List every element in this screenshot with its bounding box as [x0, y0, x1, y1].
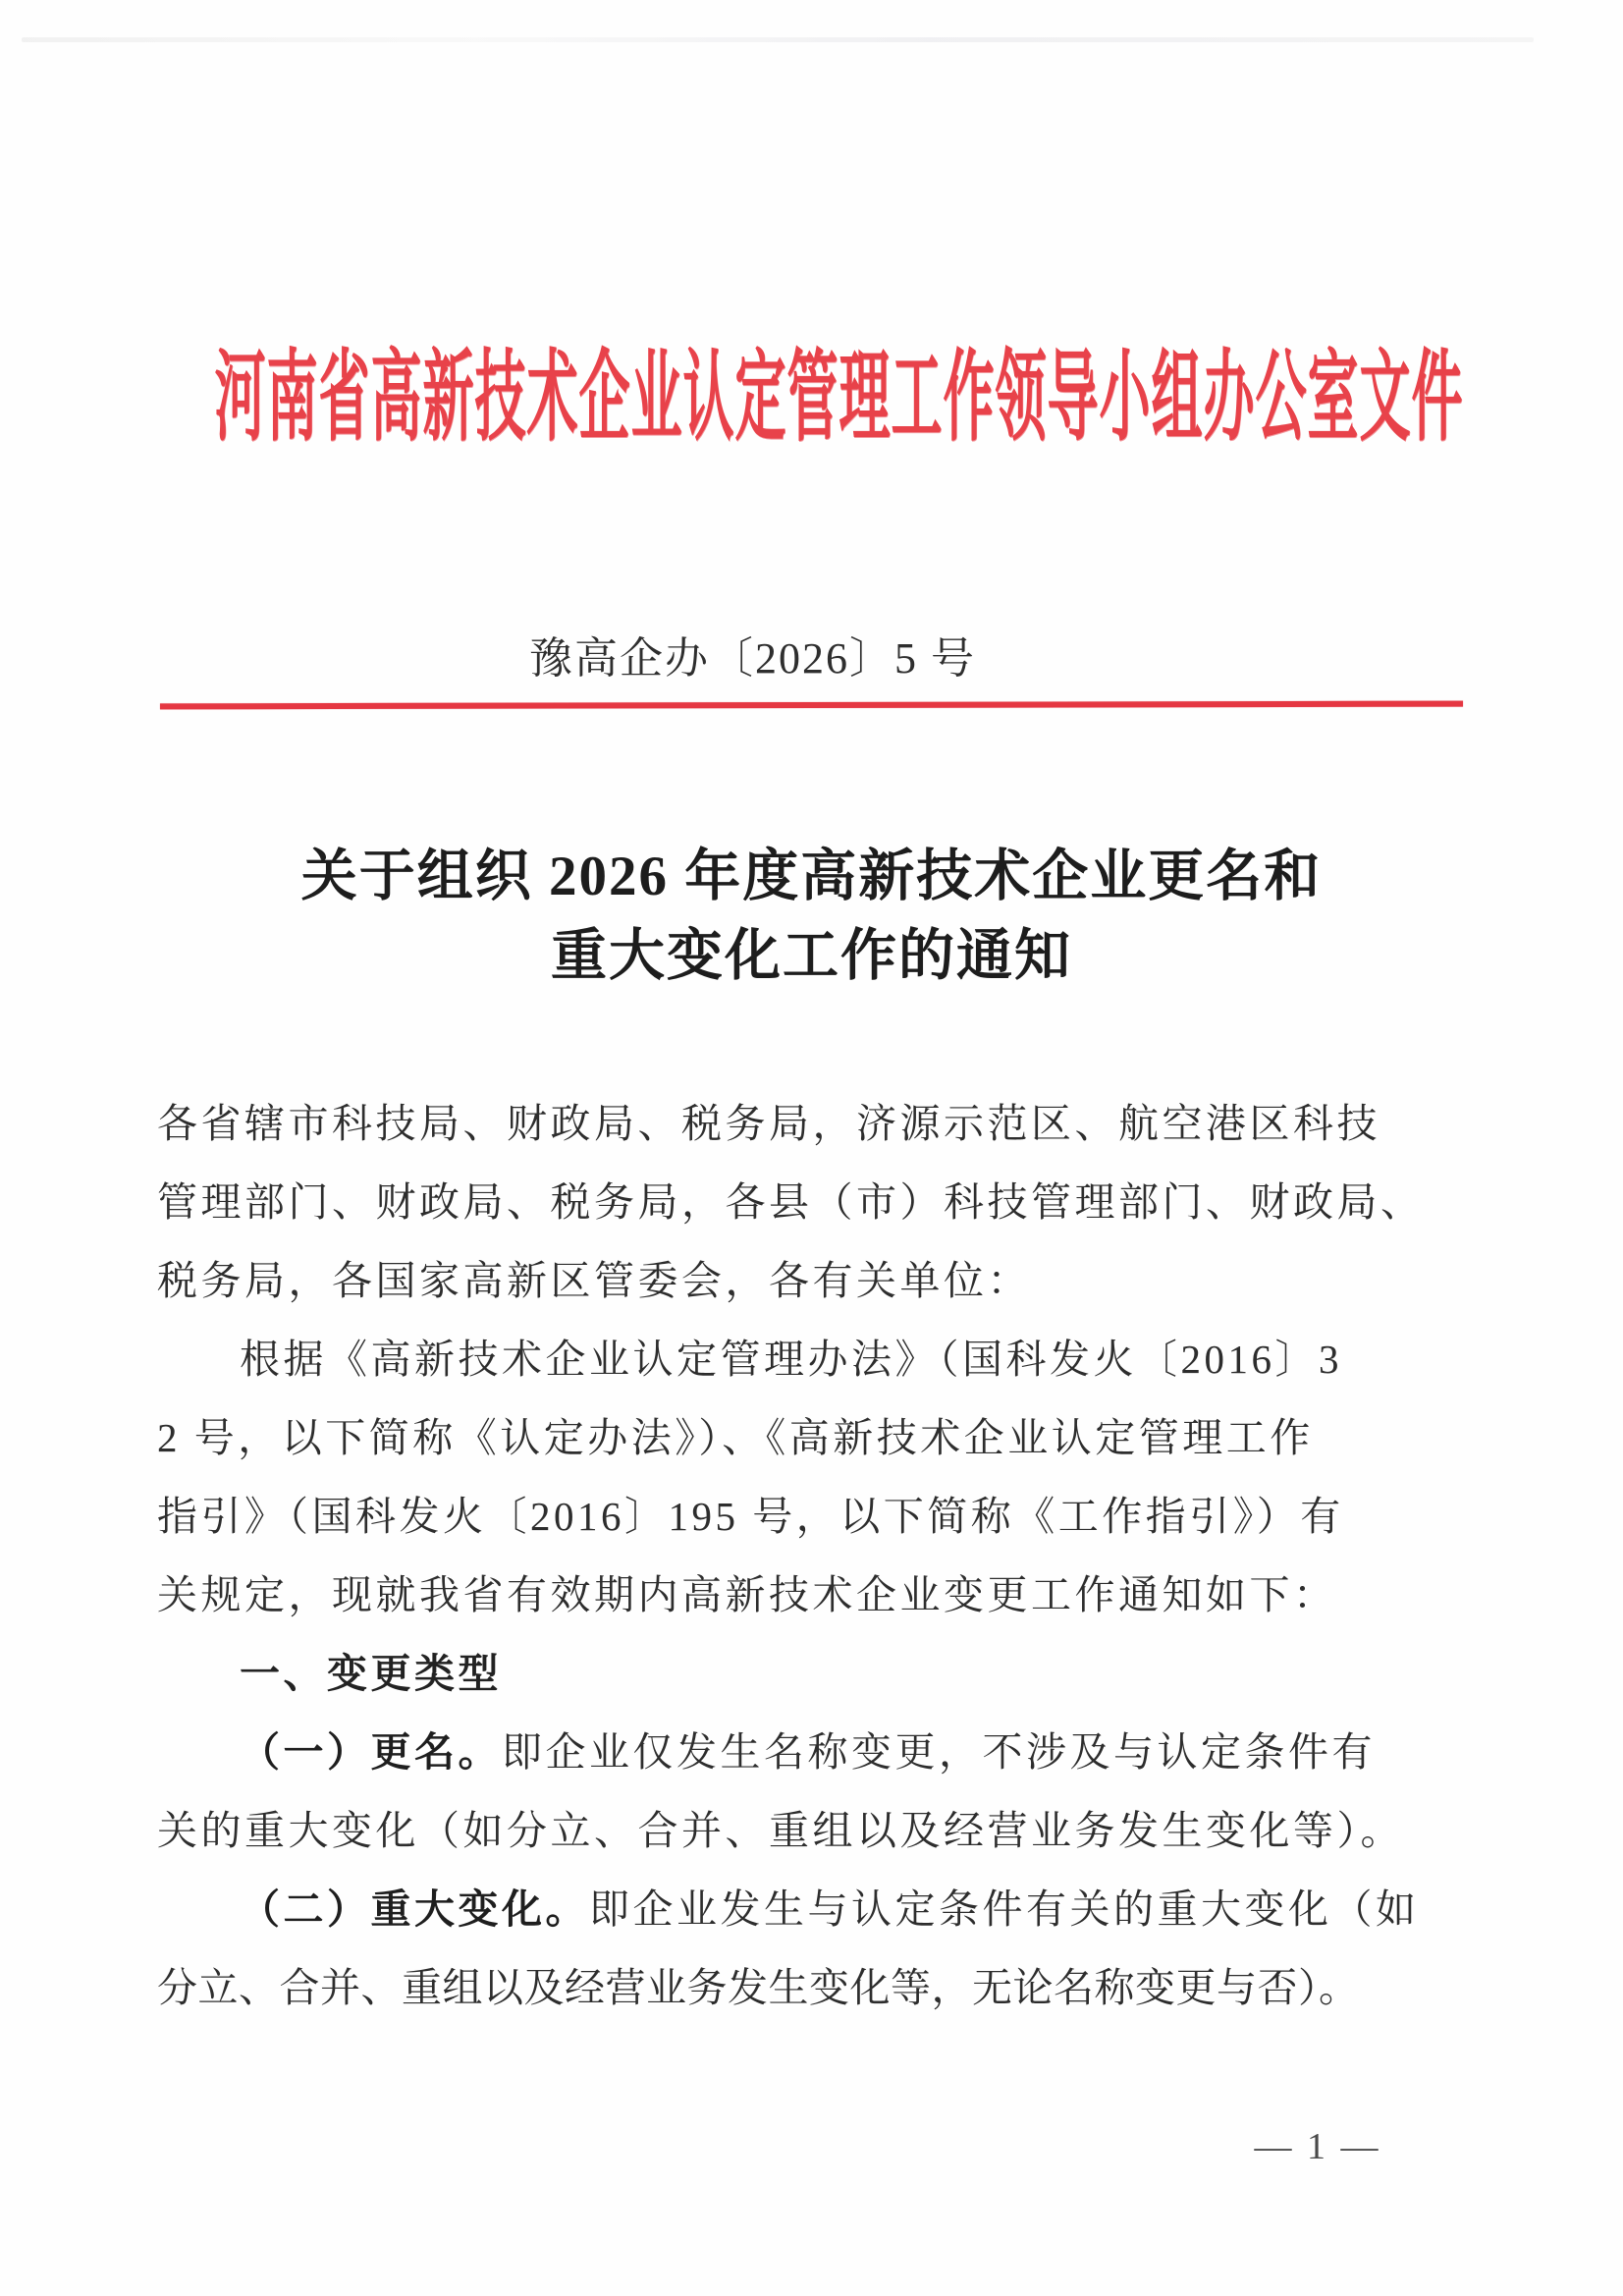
document-number-text: 豫高企办〔2026〕5 号 — [529, 623, 976, 685]
red-header-banner-text: 河南省高新技术企业认定管理工作领导小组办公室文件 — [214, 316, 1463, 460]
body-line-recipients-3: 税务局，各国家高新区管委会，各有关单位： — [157, 1241, 1469, 1320]
body-line-basis-3: 指引》（国科发火〔2016〕195 号，以下简称《工作指引》）有 — [157, 1477, 1469, 1556]
body-line-basis-1: 根据《高新技术企业认定管理办法》（国科发火〔2016〕3 — [157, 1320, 1469, 1398]
clause-text-major-change: 即企业发生与认定条件有关的重大变化（如 — [589, 1886, 1420, 1932]
body-line-rename-1: （一）更名。即企业仅发生名称变更，不涉及与认定条件有 — [157, 1713, 1469, 1791]
body-line-major-change-2: 分立、合并、重组以及经营业务发生变化等，无论名称变更与否）。 — [157, 1948, 1469, 2027]
clause-text-rename: 即企业仅发生名称变更，不涉及与认定条件有 — [502, 1729, 1376, 1775]
body-line-basis-4: 关规定，现就我省有效期内高新技术企业变更工作通知如下： — [157, 1556, 1469, 1634]
document-page: 河南省高新技术企业认定管理工作领导小组办公室文件 豫高企办〔2026〕5 号 关… — [0, 0, 1623, 2296]
body-line-recipients-2: 管理部门、财政局、税务局，各县（市）科技管理部门、财政局、 — [157, 1163, 1469, 1241]
document-title: 关于组织 2026 年度高新技术企业更名和 重大变化工作的通知 — [0, 837, 1623, 996]
body-line-rename-2: 关的重大变化（如分立、合并、重组以及经营业务发生变化等）。 — [157, 1791, 1469, 1870]
clause-label-major-change: （二）重大变化。 — [240, 1886, 589, 1932]
body-line-basis-2: 2 号，以下简称《认定办法》）、《高新技术企业认定管理工作 — [157, 1398, 1469, 1477]
clause-label-rename: （一）更名。 — [240, 1729, 502, 1775]
section-heading-change-types: 一、变更类型 — [157, 1634, 1469, 1713]
page-number: — 1 — — [1239, 2125, 1396, 2168]
red-divider-rule — [160, 701, 1463, 710]
red-header-banner: 河南省高新技术企业认定管理工作领导小组办公室文件 — [0, 316, 1623, 424]
body-line-recipients-1: 各省辖市科技局、财政局、税务局，济源示范区、航空港区科技 — [157, 1084, 1469, 1163]
body-line-major-change-1: （二）重大变化。即企业发生与认定条件有关的重大变化（如 — [157, 1870, 1469, 1948]
document-title-line1: 关于组织 2026 年度高新技术企业更名和 — [0, 837, 1623, 916]
document-number-line: 豫高企办〔2026〕5 号 — [0, 623, 1623, 685]
scan-artifact-line — [22, 37, 1534, 42]
document-title-line2: 重大变化工作的通知 — [0, 916, 1623, 996]
document-body: 各省辖市科技局、财政局、税务局，济源示范区、航空港区科技 管理部门、财政局、税务… — [157, 1084, 1469, 2027]
